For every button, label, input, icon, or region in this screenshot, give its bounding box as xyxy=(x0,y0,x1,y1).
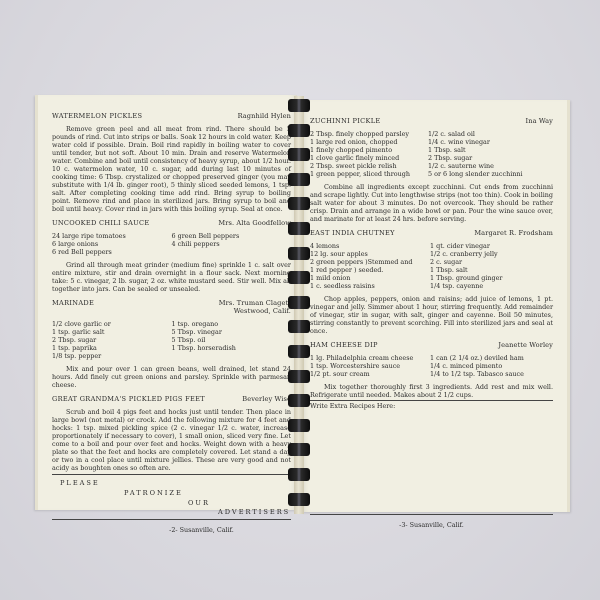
recipe-author: Ina Way xyxy=(526,117,553,125)
ingredient-item: 1/4 to 1/2 tsp. Tabasco sauce xyxy=(430,370,553,378)
ingredient-item: 2 c. sugar xyxy=(430,258,553,266)
ingredient-item: 1/2 clove garlic or xyxy=(52,320,172,328)
ingredient-item: 2 Tbsp. sugar xyxy=(428,154,553,162)
ingredient-list: 1 lg. Philadelphia cream cheese1 tsp. Wo… xyxy=(310,354,553,378)
ingredient-list: 4 lemons12 lg. sour apples2 green pepper… xyxy=(310,242,553,290)
recipe-directions: Remove green peel and all meat from rind… xyxy=(52,125,291,213)
ingredient-item: 1/4 tsp. cayenne xyxy=(430,282,553,290)
ingredient-column: 1 lg. Philadelphia cream cheese1 tsp. Wo… xyxy=(310,354,430,378)
ingredient-item: 1 tsp. paprika xyxy=(52,344,172,352)
recipe-author: Mrs. Alta Goodfellow xyxy=(218,219,291,227)
right-page: ZUCHINNI PICKLE Ina Way 2 Tbsp. finely c… xyxy=(302,100,570,512)
ingredient-column: 1/2 c. salad oil1/4 c. wine vinegar1 Tbs… xyxy=(428,130,553,178)
recipe-zuchinni-pickle: ZUCHINNI PICKLE Ina Way 2 Tbsp. finely c… xyxy=(310,117,553,223)
recipe-pickled-pigs-feet: GREAT GRANDMA'S PICKLED PIGS FEET Beverl… xyxy=(52,395,291,472)
ingredient-item: 1 can (2 1/4 oz.) deviled ham xyxy=(430,354,553,362)
ingredient-column: 2 Tbsp. finely chopped parsley1 large re… xyxy=(310,130,428,178)
ingredient-item: 6 green Bell peppers xyxy=(172,232,292,240)
binding-ring xyxy=(288,370,310,383)
recipe-author: Margaret R. Frodsham xyxy=(474,229,553,237)
binding-ring xyxy=(288,493,310,506)
recipe-author: Jeanette Worley xyxy=(498,341,553,349)
binding-ring xyxy=(288,419,310,432)
ingredient-item: 5 Tbsp. vinegar xyxy=(172,328,292,336)
ingredient-column: 4 lemons12 lg. sour apples2 green pepper… xyxy=(310,242,430,290)
write-extra-label: Write Extra Recipes Here: xyxy=(310,402,553,410)
recipe-title: UNCOOKED CHILI SAUCE xyxy=(52,219,149,227)
divider xyxy=(310,400,553,401)
recipe-title: EAST INDIA CHUTNEY xyxy=(310,229,395,237)
recipe-uncooked-chili-sauce: UNCOOKED CHILI SAUCE Mrs. Alta Goodfello… xyxy=(52,219,291,293)
ingredient-item: 24 large ripe tomatoes xyxy=(52,232,172,240)
recipe-title: HAM CHEESE DIP xyxy=(310,341,378,349)
ingredient-item: 1 green pepper, sliced through xyxy=(310,170,428,178)
recipe-directions: Mix together thoroughly first 3 ingredie… xyxy=(310,383,553,399)
recipe-watermelon-pickles: WATERMELON PICKLES Ragnhild Hylen Remove… xyxy=(52,112,291,213)
ingredient-item: 1 tsp. garlic salt xyxy=(52,328,172,336)
binding-ring xyxy=(288,271,310,284)
binding-ring xyxy=(288,173,310,186)
ingredient-item: 1/2 c. salad oil xyxy=(428,130,553,138)
ingredient-item: 1 qt. cider vinegar xyxy=(430,242,553,250)
page-footer: -3- Susanville, Calif. xyxy=(310,521,553,529)
ingredient-column: 1/2 clove garlic or1 tsp. garlic salt2 T… xyxy=(52,320,172,360)
ingredient-item: 1 large red onion, chopped xyxy=(310,138,428,146)
ingredient-item: 1/8 tsp. pepper xyxy=(52,352,172,360)
recipe-title: MARINADE xyxy=(52,299,94,307)
ingredient-item: 2 green peppers )Stemmed and xyxy=(310,258,430,266)
recipe-title: WATERMELON PICKLES xyxy=(52,112,142,120)
ingredient-item: 6 large onions xyxy=(52,240,172,248)
ingredient-item: 4 chili peppers xyxy=(172,240,292,248)
recipe-directions: Combine all ingredients except zucchinni… xyxy=(310,183,553,223)
ingredient-item: 5 or 6 long slender zucchinni xyxy=(428,170,553,178)
left-page: WATERMELON PICKLES Ragnhild Hylen Remove… xyxy=(35,95,297,510)
ingredient-item: 1 red pepper ) seeded. xyxy=(310,266,430,274)
recipe-author: Ragnhild Hylen xyxy=(238,112,291,120)
ingredient-item: 1/2 c. sauterne wine xyxy=(428,162,553,170)
ingredient-item: 1 Tbsp. salt xyxy=(428,146,553,154)
binding-ring xyxy=(288,468,310,481)
recipe-directions: Scrub and boil 4 pigs feet and hocks jus… xyxy=(52,408,291,472)
blank-writing-area xyxy=(310,410,553,512)
recipe-title: GREAT GRANDMA'S PICKLED PIGS FEET xyxy=(52,395,205,403)
ingredient-list: 1/2 clove garlic or1 tsp. garlic salt2 T… xyxy=(52,320,291,360)
ingredient-item: 1 Tbsp. horseradish xyxy=(172,344,292,352)
ingredient-item: 5 Tbsp. oil xyxy=(172,336,292,344)
ingredient-item: 12 lg. sour apples xyxy=(310,250,430,258)
ingredient-item: 1/2 pt. sour cream xyxy=(310,370,430,378)
ingredient-column: 24 large ripe tomatoes6 large onions6 re… xyxy=(52,232,172,256)
binding-ring xyxy=(288,99,310,112)
ingredient-item: 1 lg. Philadelphia cream cheese xyxy=(310,354,430,362)
ingredient-list: 2 Tbsp. finely chopped parsley1 large re… xyxy=(310,130,553,178)
advertisers-notice: PLEASE PATRONIZE OUR ADVERTISERS xyxy=(52,475,291,517)
ingredient-item: 1/4 c. minced pimento xyxy=(430,362,553,370)
recipe-directions: Grind all through meat grinder (medium f… xyxy=(52,261,291,293)
ingredient-column: 1 can (2 1/4 oz.) deviled ham1/4 c. minc… xyxy=(430,354,553,378)
recipe-directions: Chop apples, peppers, onion and raisins;… xyxy=(310,295,553,335)
ingredient-item: 1 c. seedless raisins xyxy=(310,282,430,290)
ingredient-item: 1 finely chopped pimento xyxy=(310,146,428,154)
binding-ring xyxy=(288,247,310,260)
binding-ring xyxy=(288,296,310,309)
binding-ring xyxy=(288,197,310,210)
ingredient-item: 1/2 c. cranberry jelly xyxy=(430,250,553,258)
recipe-author: Mrs. Truman Clagett Westwood, Calif. xyxy=(219,299,291,315)
recipe-title: ZUCHINNI PICKLE xyxy=(310,117,380,125)
ingredient-item: 6 red Bell peppers xyxy=(52,248,172,256)
ingredient-column: 6 green Bell peppers4 chili peppers xyxy=(172,232,292,256)
ingredient-column: 1 tsp. oregano5 Tbsp. vinegar5 Tbsp. oil… xyxy=(172,320,292,360)
binding-ring xyxy=(288,443,310,456)
recipe-east-india-chutney: EAST INDIA CHUTNEY Margaret R. Frodsham … xyxy=(310,229,553,335)
binding-ring xyxy=(288,222,310,235)
binding-ring xyxy=(288,345,310,358)
binding-ring xyxy=(288,124,310,137)
ingredient-column: 1 qt. cider vinegar1/2 c. cranberry jell… xyxy=(430,242,553,290)
recipe-directions: Mix and pour over 1 can green beans, wel… xyxy=(52,365,291,389)
ingredient-item: 2 Tbsp. sugar xyxy=(52,336,172,344)
ingredient-item: 2 Tbsp. sweet pickle relish xyxy=(310,162,428,170)
ingredient-item: 1/4 c. wine vinegar xyxy=(428,138,553,146)
ingredient-item: 1 mild onion xyxy=(310,274,430,282)
ingredient-item: 1 Tbsp. salt xyxy=(430,266,553,274)
recipe-marinade: MARINADE Mrs. Truman Clagett Westwood, C… xyxy=(52,299,291,389)
footer-rule xyxy=(52,519,291,520)
ingredient-item: 1 clove garlic finely minced xyxy=(310,154,428,162)
ingredient-item: 1 tsp. Worcestershire sauce xyxy=(310,362,430,370)
ingredient-list: 24 large ripe tomatoes6 large onions6 re… xyxy=(52,232,291,256)
binding-ring xyxy=(288,320,310,333)
ingredient-item: 1 tsp. oregano xyxy=(172,320,292,328)
page-footer: -2- Susanville, Calif. xyxy=(52,526,291,534)
ingredient-item: 2 Tbsp. finely chopped parsley xyxy=(310,130,428,138)
ingredient-item: 4 lemons xyxy=(310,242,430,250)
binding-ring xyxy=(288,148,310,161)
footer-rule xyxy=(310,514,553,515)
binding-ring xyxy=(288,394,310,407)
ingredient-item: 1 Tbsp. ground ginger xyxy=(430,274,553,282)
recipe-author: Beverley Wise xyxy=(242,395,291,403)
recipe-ham-cheese-dip: HAM CHEESE DIP Jeanette Worley 1 lg. Phi… xyxy=(310,341,553,399)
